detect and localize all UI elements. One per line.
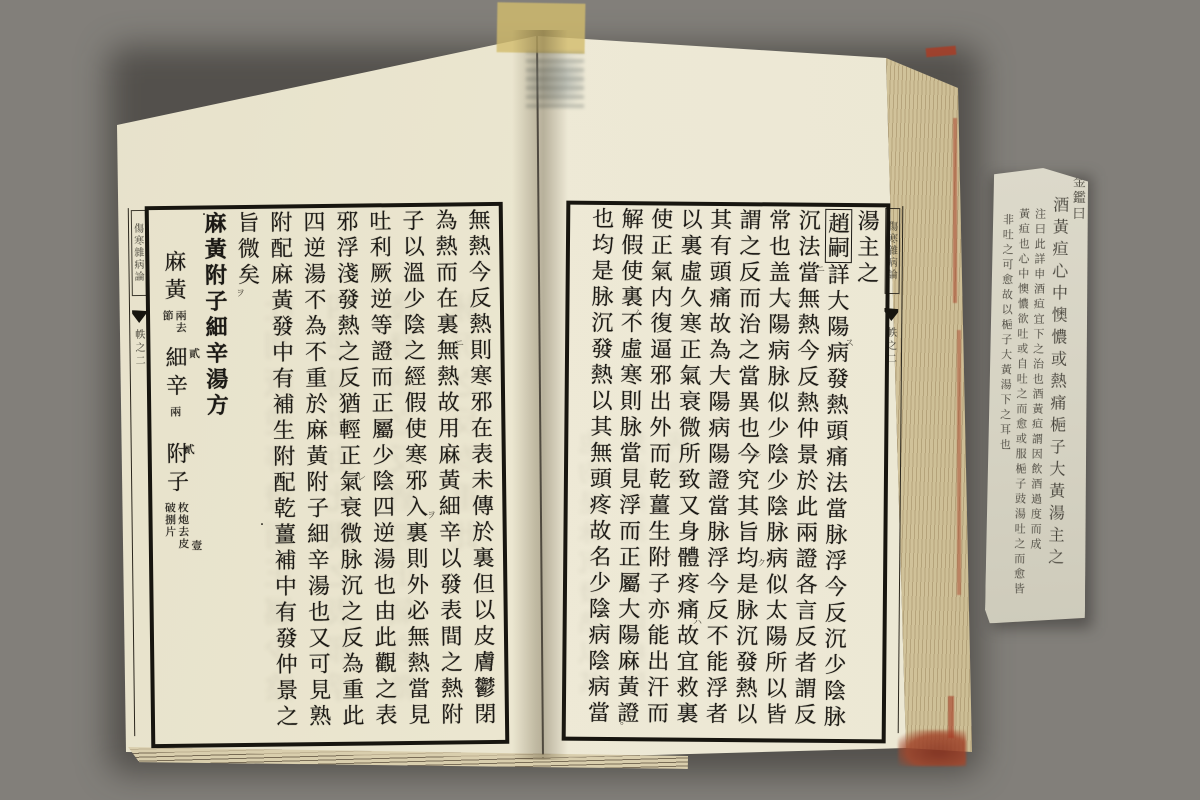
drug-dosage-note: 壹枚炮去皮破捌片	[162, 502, 202, 560]
text-column: 附配麻黃發中有補生附配乾薑補中有發仲景之	[264, 210, 303, 740]
text-column: 沉法當無熱今反熱仲景於此兩證各言反者謂反	[789, 209, 823, 737]
kunten-mark: ハ	[316, 578, 325, 591]
text-column: 無熱今反熱則寒邪在表未傳於裏但以皮膚鬱閉	[462, 208, 501, 738]
drug-dosage-note: 貳兩去節	[160, 310, 199, 342]
text-column: 常也盖大陽病脉似少陰少陰脉病似太陽所以皆	[760, 208, 794, 736]
red-edge-streak	[948, 696, 954, 738]
red-corner-stain	[898, 730, 966, 766]
kunten-mark: ル	[752, 448, 761, 461]
left-page-text: 無熱今反熱則寒邪在表未傳於裏但以皮膚鬱閉為熱而在裏無熱故用麻黃細辛以發表間之熱附…	[153, 208, 501, 742]
text-column: 謂之反而治之當異也今究其旨均是脉沉發熱以	[730, 208, 764, 736]
drug-name: 麻黃	[162, 250, 188, 306]
kunten-mark: ノ	[632, 306, 641, 319]
commentator-name-box: 趙嗣	[824, 209, 851, 263]
photo-scene: 吐利厥逆等證而正屬少陰四逆湯也由此觀之表邪浮淺發熱之反猶輕正氣衰微脉沉之反為重此…	[0, 0, 1200, 800]
drug-name: 附子	[164, 442, 190, 498]
kunten-mark: ヲ	[236, 286, 245, 299]
right-page-text: 湯主之趙嗣詳大陽病發熱頭痛法當脉浮今反沉少陰脉沉法當無熱今反熱仲景於此兩證各言反…	[570, 207, 883, 738]
kunten-mark: モ	[598, 606, 607, 619]
text-column: 其有頭痛故為大陽病陽證當脉浮今反不能浮者	[701, 208, 735, 736]
text-column: 解假使裏不虛寒則脉當見浮而正屬大陽麻黃證	[612, 207, 646, 735]
kunten-mark: ク	[757, 556, 766, 569]
left-text-frame: 無熱今反熱則寒邪在表未傳於裏但以皮膚鬱閉為熱而在裏無熱故用麻黃細辛以發表間之熱附…	[145, 202, 510, 748]
reading-dot: ・	[199, 206, 209, 221]
reading-dot: ・	[869, 208, 879, 223]
kunten-mark: ヲ	[783, 296, 792, 309]
text-column: 使正氣内復逼邪出外而乾薑生附子亦能出汗而	[642, 207, 676, 735]
red-edge-streak	[957, 330, 961, 595]
spine-shadow	[512, 30, 568, 760]
red-edge-streak	[953, 118, 957, 303]
reading-dot: ・	[257, 516, 267, 531]
slip-text: 金鑑曰酒黃疸心中懊憹或熱痛梔子大黃湯主之注曰此詳申酒疸宜下之治也酒黃疸謂因飲酒過…	[990, 173, 1086, 618]
annotation-slip: 金鑑曰酒黃疸心中懊憹或熱痛梔子大黃湯主之注曰此詳申酒疸宜下之治也酒黃疸謂因飲酒過…	[985, 167, 1091, 624]
kunten-mark: レ	[357, 470, 366, 483]
kunten-mark: レ	[663, 548, 672, 561]
kunten-mark: ヲ	[427, 508, 436, 521]
text-column: 湯主之	[848, 209, 882, 737]
fascicle-label: 帙之二	[133, 329, 146, 368]
kunten-mark: ニ	[816, 262, 825, 275]
drug-column: 麻黃貳兩去節細辛貳兩附子壹枚炮去皮破捌片	[157, 212, 204, 742]
kunten-mark: ニ	[722, 366, 731, 379]
kunten-mark: ハ	[693, 615, 702, 628]
text-column: 也均是脉沉發熱以其無頭疼故名少陰病陰病當	[583, 207, 617, 735]
text-column: 吐利厥逆等證而正屬少陰四逆湯也由此觀之表	[363, 209, 402, 739]
kunten-mark: ス	[845, 336, 854, 349]
fishtail-icon	[132, 310, 146, 323]
reading-dot: 。	[620, 712, 630, 727]
text-column: 麻黃附子細辛湯方	[198, 211, 237, 741]
text-column: 四逆湯不為不重於麻黃附子細辛湯也又可見熟	[297, 210, 336, 740]
text-column: 為熱而在裏無熱故用麻黃細辛以發表間之熱附	[429, 208, 468, 738]
drug-name: 細辛	[163, 346, 189, 402]
drug-dosage-note: 貳兩	[168, 406, 194, 438]
kunten-mark: ニ	[455, 336, 464, 349]
kunten-mark: ノ	[285, 372, 294, 385]
text-column: 以裏虛久寒正氣衰微所致又身體疼痛故宜救裏	[671, 208, 705, 736]
text-column: 子以溫少陰之經假使寒邪入裏則外必無熱當見	[396, 209, 435, 739]
text-column: 趙嗣詳大陽病發熱頭痛法當脉浮今反沉少陰脉	[819, 209, 853, 737]
right-text-frame: 湯主之趙嗣詳大陽病發熱頭痛法當脉浮今反沉少陰脉沉法當無熱今反熱仲景於此兩證各言反…	[562, 201, 891, 744]
